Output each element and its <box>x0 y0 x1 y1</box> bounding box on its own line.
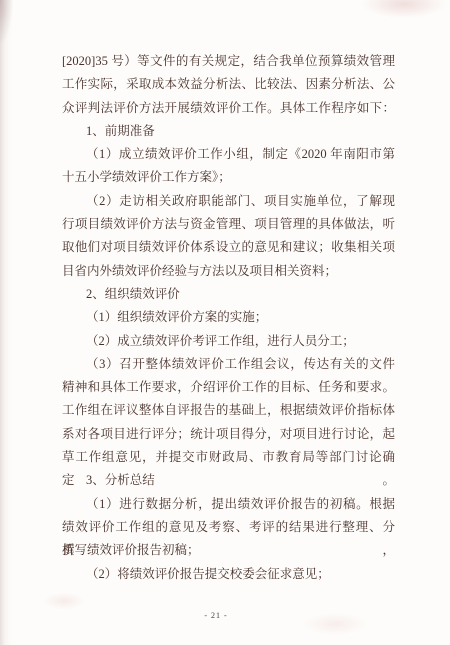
text-line: （2）成立绩效评价考评工作组，进行人员分工； <box>62 330 395 353</box>
text-line: 众评判法评价方法开展绩效评价工作。具体工作程序如下： <box>62 97 395 120</box>
text-line: 取他们对项目绩效评价体系设立的意见和建议；收集相关项 <box>62 236 395 259</box>
text-line: （1）进行数据分析，提出绩效评价报告的初稿。根据 <box>62 493 395 516</box>
text-line: 目省内外绩效评价经验与方法以及项目相关资料； <box>62 260 395 283</box>
text-line: （3）召开整体绩效评价工作组会议，传达有关的文件 <box>62 353 395 376</box>
text-line: （1）组织绩效评价方案的实施； <box>62 306 395 329</box>
document-body-text: [2020]35 号）等文件的有关规定，结合我单位预算绩效管理工作实际，采取成本… <box>62 50 395 586</box>
text-line: 十五小学绩效评价工作方案》； <box>62 166 395 189</box>
text-line: 2、组织绩效评价 <box>62 283 395 306</box>
text-line: （2）走访相关政府职能部门、项目实施单位，了解现 <box>62 190 395 213</box>
text-line: 工作组在评议整体自评报告的基础上，根据绩效评价指标体 <box>62 399 395 422</box>
text-line: （2）将绩效评价报告提交校委会征求意见； <box>62 563 395 586</box>
text-line: 绩效评价工作组的意见及考察、考评的结果进行整理、分析， <box>62 516 395 539</box>
page-number: - 21 - <box>0 611 441 620</box>
text-line: 草工作组意见，并提交市财政局、市教育局等部门讨论确定。 <box>62 446 395 469</box>
text-line: [2020]35 号）等文件的有关规定，结合我单位预算绩效管理 <box>62 50 395 73</box>
text-line: 系对各项目进行评分；统计项目得分，对项目进行讨论，起 <box>62 423 395 446</box>
text-line: （1）成立绩效评价工作小组，制定《2020 年南阳市第 <box>62 143 395 166</box>
scanned-document-page: [2020]35 号）等文件的有关规定，结合我单位预算绩效管理工作实际，采取成本… <box>0 0 450 645</box>
text-line: 行项目绩效评价方法与资金管理、项目管理的具体做法，听 <box>62 213 395 236</box>
text-line: 工作实际，采取成本效益分析法、比较法、因素分析法、公 <box>62 73 395 96</box>
text-line: 1、前期准备 <box>62 120 395 143</box>
text-line: 精神和具体工作要求，介绍评价工作的目标、任务和要求。 <box>62 376 395 399</box>
